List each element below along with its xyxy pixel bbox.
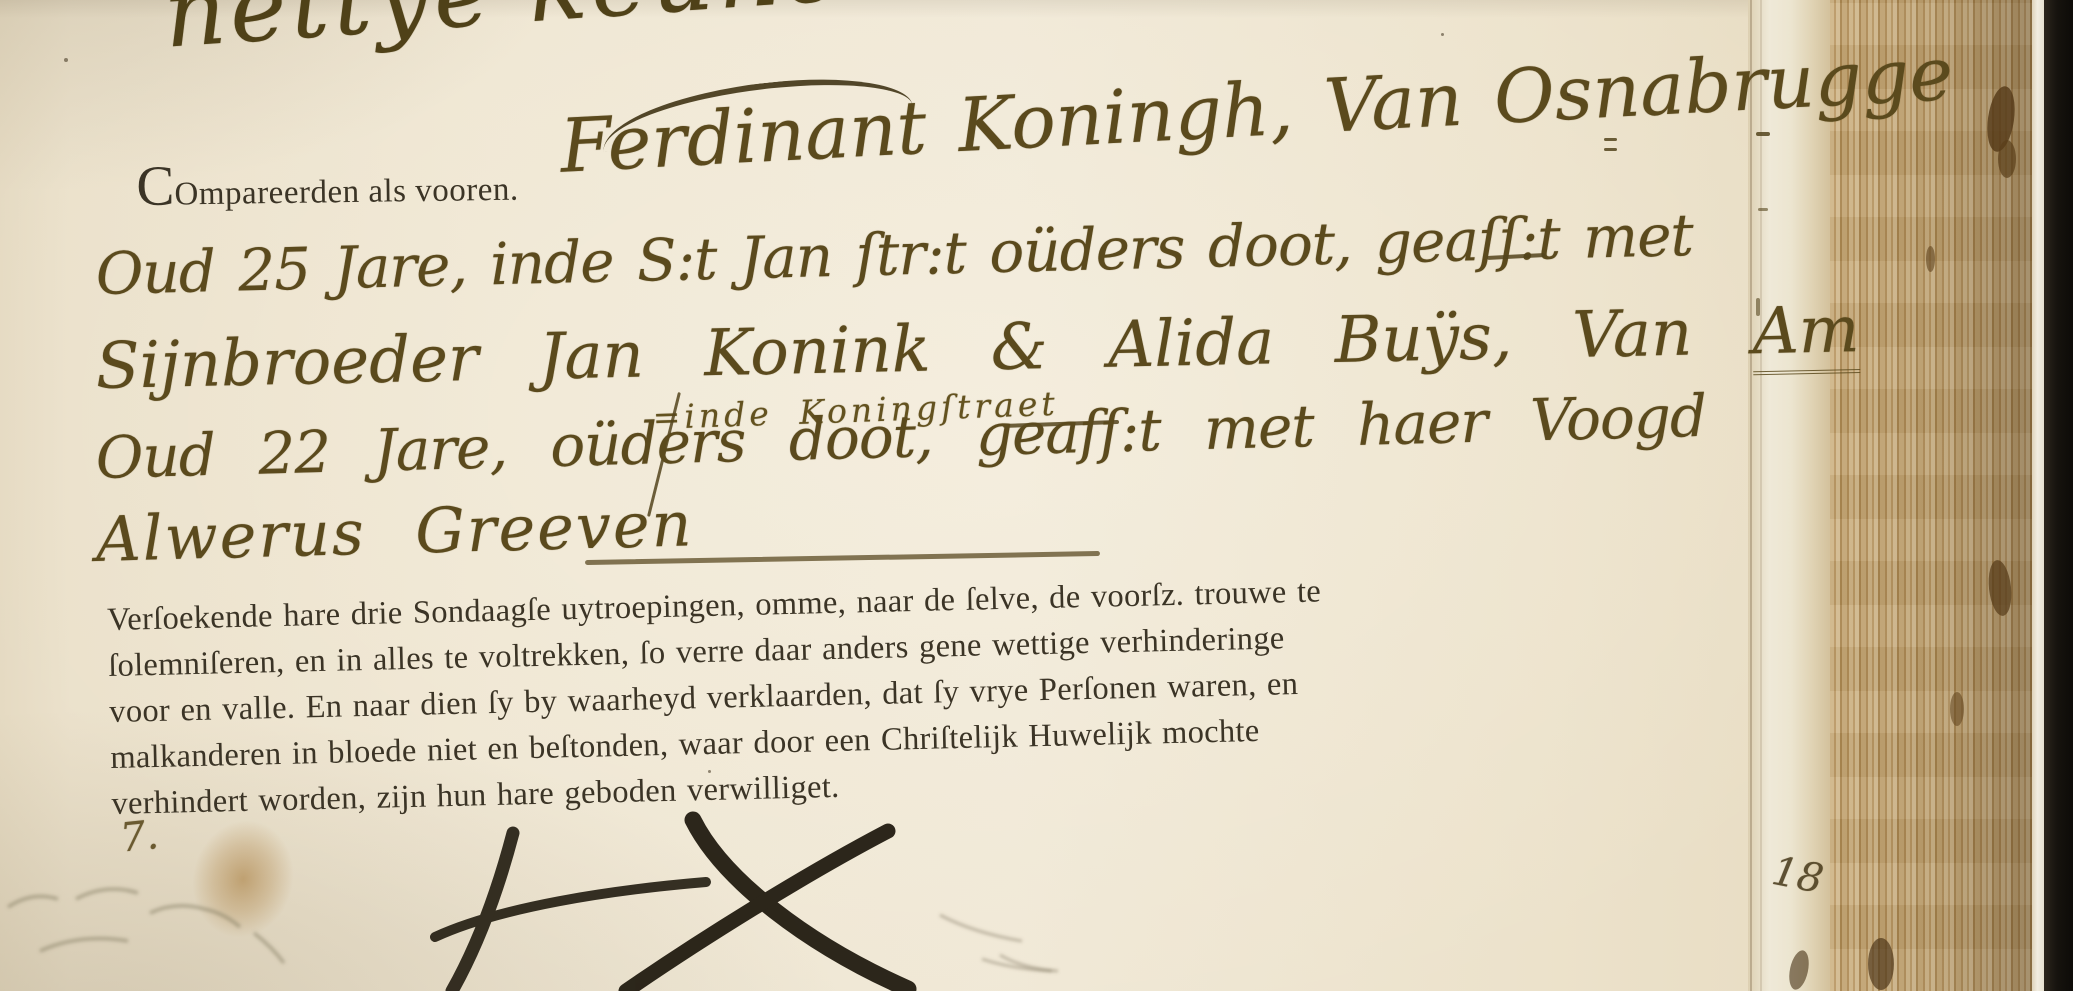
bleedthrough-writing	[0, 855, 380, 991]
signature-cross-icon	[626, 820, 908, 991]
printed-intro-text: Ompareerden als vooren.	[174, 172, 519, 213]
edge-ink-blot	[1926, 246, 1935, 272]
edge-ink-tick	[1758, 208, 1768, 211]
printed-intro: COmpareerden als vooren.	[136, 153, 519, 215]
printed-intro-initial: C	[136, 154, 175, 218]
paper-speck	[1567, 93, 1571, 96]
edge-ink-tick	[1604, 138, 1617, 141]
paper-speck	[1441, 33, 1444, 36]
printed-banns-clause: Verſoekende hare drie Sondaagſe uytroepi…	[107, 568, 1326, 827]
edge-ink-tick	[1756, 132, 1770, 136]
signature-crosses	[380, 795, 1330, 991]
paper-speck	[708, 770, 711, 773]
fold-crease	[1760, 0, 1762, 991]
paper-speck	[64, 58, 68, 62]
edge-page-number: 18	[1768, 848, 1827, 903]
edge-ink-blot	[1998, 140, 2016, 178]
book-binding	[2044, 0, 2073, 991]
fold-crease	[1750, 0, 1752, 991]
edge-ink-blot	[1950, 692, 1964, 726]
pencil-scribble	[940, 915, 1058, 971]
register-page-scan: nettÿe keunen COmpareerden als vooren. F…	[0, 0, 2073, 991]
bride-origin-abbreviation: Am	[1752, 293, 1861, 375]
edge-ink-tick	[1604, 148, 1617, 151]
edge-ink-blot	[1868, 938, 1894, 990]
binding-gap	[2032, 0, 2044, 991]
